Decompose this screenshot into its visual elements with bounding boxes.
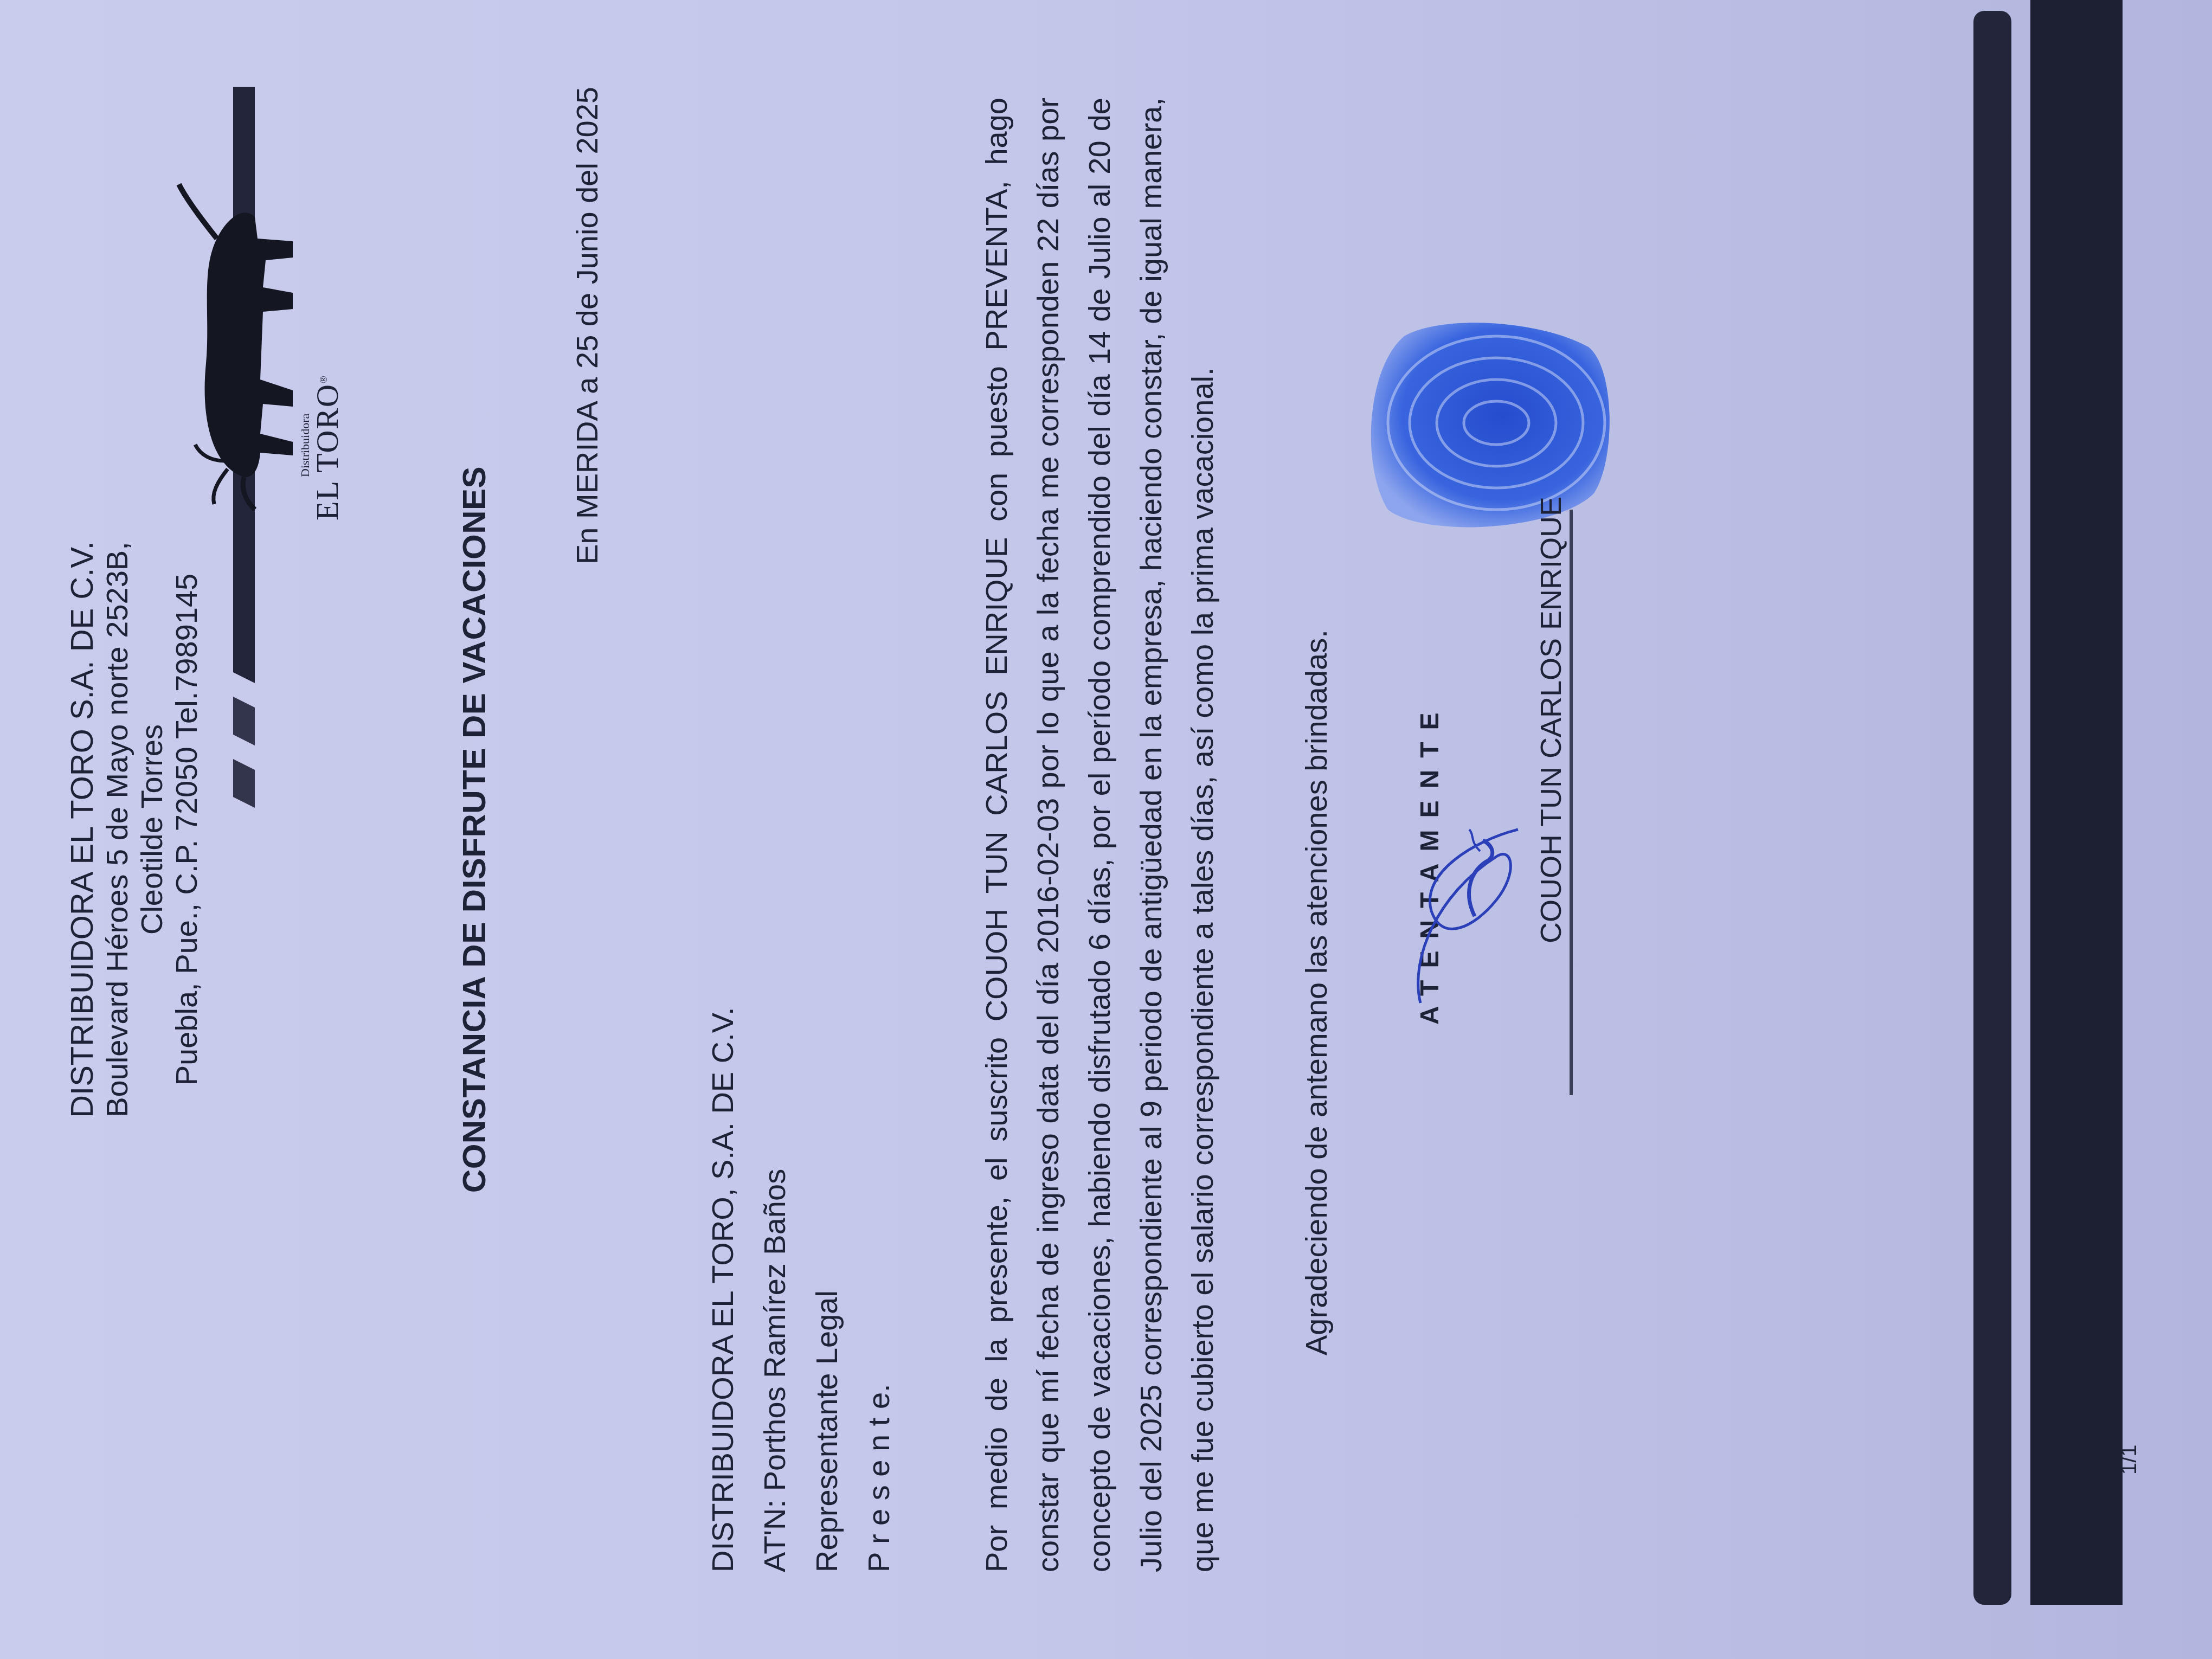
body-paragraph: Por medio de la presente, el suscrito CO… xyxy=(970,98,1228,1572)
signer-name: COUOH TUN CARLOS ENRIQUE xyxy=(1534,497,1568,943)
recipient-presente: P r e s e n t e. xyxy=(853,1007,905,1572)
company-city-phone: Puebla, Pue., C.P. 72050 Tel.7989145 xyxy=(169,488,204,1171)
logo-brand: EL TORO® xyxy=(309,375,345,520)
company-name: DISTRIBUIDORA EL TORO S.A. DE C.V. xyxy=(65,488,100,1171)
document-page: DISTRIBUIDORA EL TORO S.A. DE C.V. Boule… xyxy=(0,0,2212,1659)
signature-line xyxy=(1570,510,1573,1095)
recipient-company: DISTRIBUIDORA EL TORO, S.A. DE C.V. xyxy=(697,1007,749,1572)
thanks-line: Agradeciendo de antemano las atenciones … xyxy=(1298,629,1334,1355)
company-address: Boulevard Héroes 5 de Mayo norte 2523B, … xyxy=(100,488,169,1171)
letterhead: DISTRIBUIDORA EL TORO S.A. DE C.V. Boule… xyxy=(65,488,204,1171)
page-number: 1/1 xyxy=(2117,1444,2142,1475)
document-title: CONSTANCIA DE DISFRUTE DE VACACIONES xyxy=(455,0,493,1659)
recipient-attention: AT'N: Porthos Ramírez Baños xyxy=(749,1007,801,1572)
photo-background: DISTRIBUIDORA EL TORO S.A. DE C.V. Boule… xyxy=(0,0,2212,1659)
fingerprint-icon xyxy=(1355,309,1626,542)
place-date: En MERIDA a 25 de Junio del 2025 xyxy=(569,87,605,564)
bull-icon xyxy=(163,163,304,542)
registered-mark-icon: ® xyxy=(318,375,329,383)
company-logo: Distribuidora EL TORO® xyxy=(163,163,342,542)
logo-brand-text: EL TORO xyxy=(310,383,345,520)
recipient-role: Representante Legal xyxy=(801,1007,853,1572)
recipient-block: DISTRIBUIDORA EL TORO, S.A. DE C.V. AT'N… xyxy=(697,1007,905,1572)
